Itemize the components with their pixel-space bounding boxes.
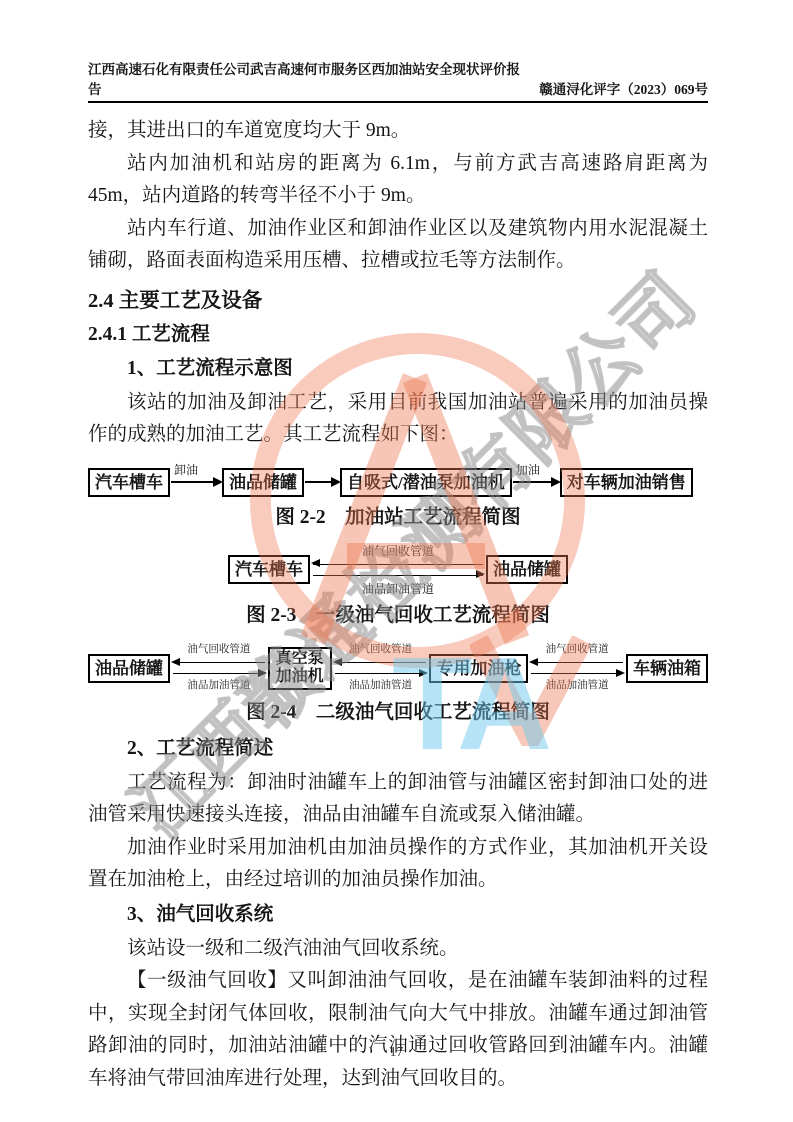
pipe-label-fueling: 油品加油管道: [173, 681, 265, 692]
flow-box-storage-tank: 油品储罐: [88, 654, 170, 683]
section-heading-2-4-1: 2.4.1 工艺流程: [88, 320, 708, 350]
box-line: 加油机: [276, 668, 324, 685]
flowchart-fig2-3: 汽车槽车 油气回收管道 油品卸油管道 油品储罐: [88, 545, 708, 595]
pipe-label-vapor-recovery: 油气回收管道: [173, 645, 265, 656]
flow-box-sell-to-vehicles: 对车辆加油销售: [560, 468, 693, 497]
section-heading-2-4: 2.4 主要工艺及设备: [88, 286, 708, 316]
page-number: 17: [0, 1044, 793, 1060]
paragraph: 【一级油气回收】又叫卸油油气回收，是在油罐车装卸油料的过程中，实现全封闭气体回收…: [88, 965, 708, 1095]
paragraph: 工艺流程为：卸油时油罐车上的卸油管与油罐区密封卸油口处的进油管采用快速接头连接，…: [88, 767, 708, 832]
flow-box-storage-tank: 油品储罐: [222, 468, 304, 497]
document-page: 江西赣通检测有限公司 TA 江西高速石化有限责任公司武吉高速何市服务区西加油站安…: [0, 0, 793, 1122]
flow-arrow-right: [335, 673, 427, 674]
pipe-label-vapor-recovery: 油气回收管道: [335, 645, 427, 656]
pipe-label-fueling: 油品加油管道: [531, 681, 623, 692]
paragraph: 接，其进出口的车道宽度均大于 9m。: [88, 115, 708, 148]
pipe-label-unloading: 油品卸油管道: [313, 583, 483, 595]
header-doc-number: 赣通浔化评字（2023）069号: [539, 78, 708, 98]
pipe-label-vapor-recovery: 油气回收管道: [531, 645, 623, 656]
flow-arrow-left: [531, 662, 623, 663]
flow-box-storage-tank: 油品储罐: [486, 555, 568, 584]
flow-box-tanker-truck: 汽车槽车: [228, 555, 310, 584]
paragraph: 站内车行道、加油作业区和卸油作业区以及建筑物内用水泥混凝土铺砌，路面表面构造采用…: [88, 213, 708, 278]
flow-box-vehicle-fuel-tank: 车辆油箱: [626, 654, 708, 683]
flow-box-vacuum-pump-dispenser: 真空泵加油机: [268, 647, 332, 690]
flow-arrow: [171, 481, 221, 483]
header-report-title: 江西高速石化有限责任公司武吉高速何市服务区西加油站安全现状评价报告: [88, 58, 531, 98]
paragraph: 站内加油机和站房的距离为 6.1m，与前方武吉高速路肩距离为 45m，站内道路的…: [88, 148, 708, 213]
page-header: 江西高速石化有限责任公司武吉高速何市服务区西加油站安全现状评价报告 赣通浔化评字…: [88, 58, 708, 103]
flow-arrow: [305, 481, 339, 483]
pipe-label-vapor-recovery: 油气回收管道: [313, 545, 483, 557]
arrow-label-refuel: 加油: [516, 464, 540, 476]
subsection-heading-3: 3、油气回收系统: [88, 900, 708, 930]
pipe-label-fueling: 油品加油管道: [335, 681, 427, 692]
flow-arrow-right: [531, 673, 623, 674]
flow-box-special-nozzle: 专用加油枪: [429, 654, 528, 683]
figure-caption-2-2: 图 2-2 加油站工艺流程简图: [88, 503, 708, 533]
paragraph: 该站的加油及卸油工艺，采用目前我国加油站普遍采用的加油员操作的成熟的加油工艺。其…: [88, 387, 708, 452]
subsection-heading-2: 2、工艺流程简述: [88, 734, 708, 764]
box-line: 真空泵: [276, 650, 324, 667]
flow-arrow-left: [173, 662, 265, 663]
flowchart-fig2-4: 油品储罐 油气回收管道 油品加油管道 真空泵加油机 油气回收管道 油品加油管道 …: [88, 645, 708, 692]
paragraph: 该站设一级和二级汽油油气回收系统。: [88, 933, 708, 966]
flowchart-fig2-2: 汽车槽车 卸油 油品储罐 自吸式/潜油泵加油机 加油 对车辆加油销售: [88, 468, 708, 497]
flow-arrow-right: [313, 575, 483, 576]
flow-arrow-left: [335, 662, 427, 663]
flow-box-tanker-truck: 汽车槽车: [88, 468, 170, 497]
flow-arrow-left: [313, 564, 483, 565]
figure-caption-2-4: 图 2-4 二级油气回收工艺流程简图: [88, 698, 708, 728]
subsection-heading-1: 1、工艺流程示意图: [88, 354, 708, 384]
flow-arrow-right: [173, 673, 265, 674]
flow-arrow: [513, 481, 559, 483]
figure-caption-2-3: 图 2-3 一级油气回收工艺流程简图: [88, 601, 708, 631]
paragraph: 加油作业时采用加油机由加油员操作的方式作业，其加油机开关设置在加油枪上，由经过培…: [88, 832, 708, 897]
arrow-label-unload: 卸油: [174, 464, 198, 476]
flow-box-dispenser: 自吸式/潜油泵加油机: [340, 468, 512, 497]
